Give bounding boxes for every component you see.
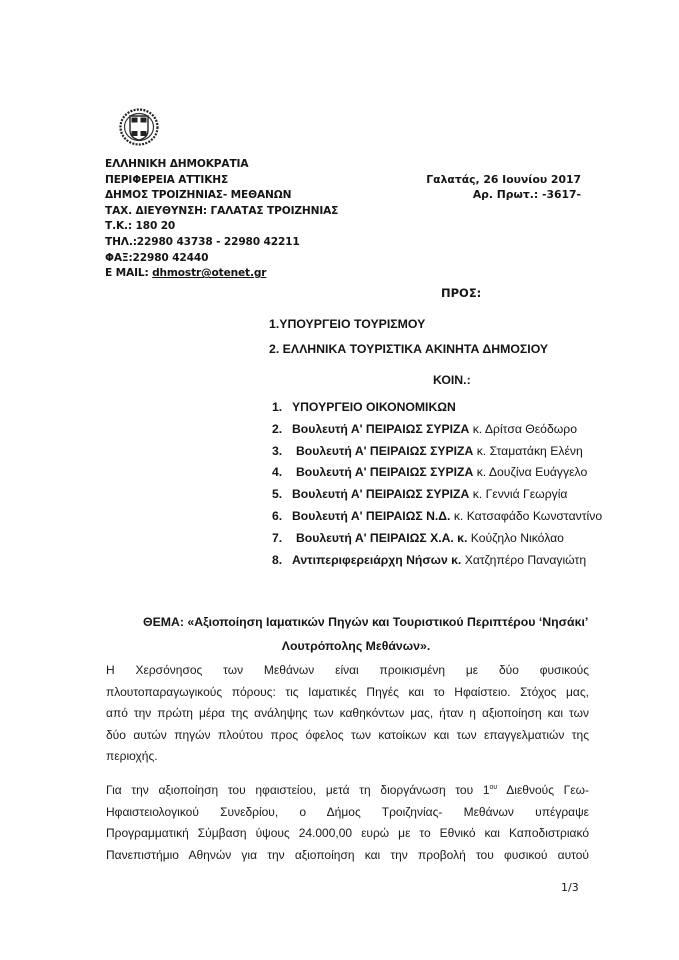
cc-item-role: Βουλευτή Α' ΠΕΙΡΑΙΩΣ Ν.Δ. <box>292 509 450 523</box>
cc-item-role: Αντιπεριφερειάρχη Νήσων κ. <box>292 553 461 567</box>
cc-item: 5.Βουλευτή Α' ΠΕΙΡΑΙΩΣ ΣΥΡΙΖΑ κ. Γεννιά … <box>272 484 602 506</box>
paragraph-text: Διεθνούς Γεω- <box>497 783 589 797</box>
cc-item-number: 7. <box>272 528 296 550</box>
paragraph-line: Η Χερσόνησος των Μεθάνων είναι προικισμέ… <box>106 660 589 682</box>
cc-label: ΚΟΙΝ.: <box>433 373 471 387</box>
cc-item: 6.Βουλευτή Α' ΠΕΙΡΑΙΩΣ Ν.Δ. κ. Κατσαφάδο… <box>272 506 602 528</box>
email-label: E MAIL: <box>105 267 152 279</box>
cc-item-role: Βουλευτή Α' ΠΕΙΡΑΙΩΣ ΣΥΡΙΖΑ <box>296 465 473 479</box>
cc-item-role: Βουλευτή Α' ΠΕΙΡΑΙΩΣ ΣΥΡΙΖΑ <box>292 422 469 436</box>
paragraph-line: Προγραμματική Σύμβαση ύψους 24.000,00 ευ… <box>106 823 589 845</box>
cc-item-role: Βουλευτή Α' ΠΕΙΡΑΙΩΣ Χ.Α. κ. <box>296 531 467 545</box>
cc-item: 7.Βουλευτή Α' ΠΕΙΡΑΙΩΣ Χ.Α. κ. Κούζηλο Ν… <box>272 528 602 550</box>
cc-item: 1.ΥΠΟΥΡΓΕΙΟ ΟΙΚΟΝΟΜΙΚΩΝ <box>272 397 602 419</box>
cc-item-number: 4. <box>272 462 296 484</box>
subject: ΘΕΜΑ: «Αξιοποίηση Ιαματικών Πηγών και Το… <box>95 610 595 658</box>
recipient-item: 1.ΥΠΟΥΡΓΕΙΟ ΤΟΥΡΙΣΜΟΥ <box>269 312 548 337</box>
sender-block: ΕΛΛΗΝΙΚΗ ΔΗΜΟΚΡΑΤΙΑ ΠΕΡΙΦΕΡΕΙΑ ΑΤΤΙΚΗΣ Δ… <box>105 157 338 282</box>
sender-line: ΦΑΞ:22980 42440 <box>105 251 338 267</box>
paragraph-line: πλουτοπαραγωγικούς πόρους: τις Ιαματικές… <box>106 682 589 704</box>
cc-item-name: Κούζηλο Νικόλαο <box>467 531 564 545</box>
greek-coat-of-arms-icon <box>119 108 159 146</box>
cc-list: 1.ΥΠΟΥΡΓΕΙΟ ΟΙΚΟΝΟΜΙΚΩΝ 2.Βουλευτή Α' ΠΕ… <box>272 397 602 571</box>
cc-item-name: κ. Κατσαφάδο Κωνσταντίνο <box>450 509 602 523</box>
paragraph-line: περιοχής. <box>106 746 589 768</box>
cc-item-number: 1. <box>272 397 292 419</box>
sender-line: ΠΕΡΙΦΕΡΕΙΑ ΑΤΤΙΚΗΣ <box>105 173 338 189</box>
cc-item-number: 8. <box>272 550 292 572</box>
cc-item-role: Βουλευτή Α' ΠΕΙΡΑΙΩΣ ΣΥΡΙΖΑ <box>292 487 469 501</box>
cc-item-role: ΥΠΟΥΡΓΕΙΟ ΟΙΚΟΝΟΜΙΚΩΝ <box>292 400 456 414</box>
sender-line: ΕΛΛΗΝΙΚΗ ΔΗΜΟΚΡΑΤΙΑ <box>105 157 338 173</box>
recipient-item: 2. ΕΛΛΗΝΙΚΑ ΤΟΥΡΙΣΤΙΚΑ ΑΚΙΝΗΤΑ ΔΗΜΟΣΙΟΥ <box>269 337 548 362</box>
paragraph-line: Για την αξιοποίηση του ηφαιστείου, μετά … <box>106 780 589 802</box>
sender-line: ΔΗΜΟΣ ΤΡΟΙΖΗΝΙΑΣ- ΜΕΘΑΝΩΝ <box>105 188 338 204</box>
recipients-label: ΠΡΟΣ: <box>441 286 481 300</box>
document-page: ΕΛΛΗΝΙΚΗ ΔΗΜΟΚΡΑΤΙΑ ΠΕΡΙΦΕΡΕΙΑ ΑΤΤΙΚΗΣ Δ… <box>0 0 679 960</box>
subject-line-2: Λουτρόπολης Μεθάνων». <box>95 634 595 658</box>
paragraph-line: Ηφαιστειολογικού Συνεδρίου, ο Δήμος Τροι… <box>106 802 589 824</box>
cc-item-number: 5. <box>272 484 292 506</box>
cc-item-name: Χατζηπέρο Παναγιώτη <box>461 553 586 567</box>
date: Γαλατάς, 26 Ιουνίου 2017 <box>426 172 581 187</box>
sender-line: Τ.Κ.: 180 20 <box>105 219 338 235</box>
paragraph-text: Για την αξιοποίηση του ηφαιστείου, μετά … <box>106 783 490 797</box>
sender-line: ΤΑΧ. ΔΙΕΥΘΥΝΣΗ: ΓΑΛΑΤΑΣ ΤΡΟΙΖΗΝΙΑΣ <box>105 204 338 220</box>
cc-item-name: κ. Δρίτσα Θεόδωρο <box>469 422 577 436</box>
subject-line-1: ΘΕΜΑ: «Αξιοποίηση Ιαματικών Πηγών και Το… <box>95 610 595 634</box>
cc-item-role: Βουλευτή Α' ΠΕΙΡΑΙΩΣ ΣΥΡΙΖΑ <box>296 444 473 458</box>
cc-item: 2.Βουλευτή Α' ΠΕΙΡΑΙΩΣ ΣΥΡΙΖΑ κ. Δρίτσα … <box>272 419 602 441</box>
body-paragraph-2: Για την αξιοποίηση του ηφαιστείου, μετά … <box>106 780 589 866</box>
cc-item-name: κ. Δουζίνα Ευάγγελο <box>473 465 587 479</box>
date-block: Γαλατάς, 26 Ιουνίου 2017 Αρ. Πρωτ.: -361… <box>426 172 581 202</box>
cc-item-number: 2. <box>272 419 292 441</box>
protocol-number: Αρ. Πρωτ.: -3617- <box>426 187 581 202</box>
cc-item: 3.Βουλευτή Α' ΠΕΙΡΑΙΩΣ ΣΥΡΙΖΑ κ. Σταματά… <box>272 441 602 463</box>
email-link[interactable]: dhmostr@otenet.gr <box>152 267 266 279</box>
cc-item-number: 6. <box>272 506 292 528</box>
page-number: 1/3 <box>561 881 579 894</box>
cc-item-number: 3. <box>272 441 296 463</box>
sender-email-line: E MAIL: dhmostr@otenet.gr <box>105 266 338 282</box>
cc-item-name: κ. Γεννιά Γεωργία <box>469 487 567 501</box>
sender-line: ΤΗΛ.:22980 43738 - 22980 42211 <box>105 235 338 251</box>
paragraph-line: δύο αυτών πηγών πλούτου προς όφελος των … <box>106 725 589 747</box>
cc-item-name: κ. Σταματάκη Ελένη <box>473 444 582 458</box>
cc-item: 8.Αντιπεριφερειάρχη Νήσων κ. Χατζηπέρο Π… <box>272 550 602 572</box>
paragraph-line: Πανεπιστήμιο Αθηνών για την αξιοποίηση κ… <box>106 845 589 867</box>
recipients-list: 1.ΥΠΟΥΡΓΕΙΟ ΤΟΥΡΙΣΜΟΥ 2. ΕΛΛΗΝΙΚΑ ΤΟΥΡΙΣ… <box>269 312 548 362</box>
paragraph-line: από την πρώτη μέρα της ανάληψης των καθη… <box>106 703 589 725</box>
cc-item: 4.Βουλευτή Α' ΠΕΙΡΑΙΩΣ ΣΥΡΙΖΑ κ. Δουζίνα… <box>272 462 602 484</box>
body-paragraph-1: Η Χερσόνησος των Μεθάνων είναι προικισμέ… <box>106 660 589 768</box>
